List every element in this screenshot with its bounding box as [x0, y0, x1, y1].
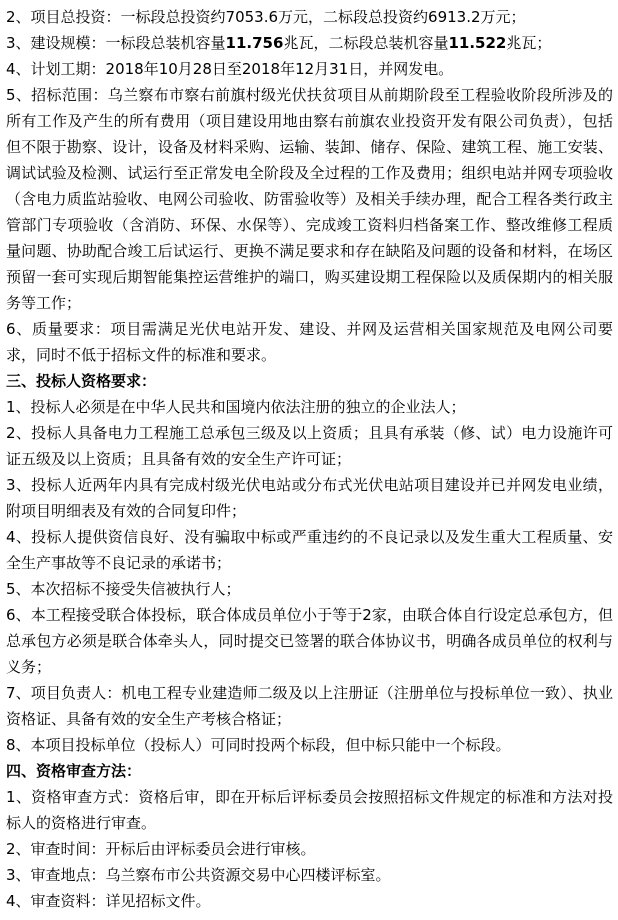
text-segment: 2、投标人具备电力工程施工总承包三级及以上资质；且具有承装（修、试）电力设施许可… [6, 424, 613, 468]
numbered-item-paragraph: 4、计划工期：2018年10月28日至2018年12月31日，并网发电。 [6, 56, 613, 82]
numbered-item-paragraph: 2、项目总投资：一标段总投资约7053.6万元，二标段总投资约6913.2万元； [6, 4, 613, 30]
text-segment: 5、本次招标不接受失信被执行人； [6, 580, 241, 598]
text-segment: 1、资格审查方式：资格后审，即在开标后评标委员会按照招标文件规定的标准和方法对投… [6, 788, 613, 832]
numbered-item-paragraph: 8、本项目投标单位（投标人）可同时投两个标段，但中标只能中一个标段。 [6, 732, 613, 758]
text-segment: 8、本项目投标单位（投标人）可同时投两个标段，但中标只能中一个标段。 [6, 736, 511, 754]
numbered-item-paragraph: 4、审查资料：详见招标文件。 [6, 888, 613, 914]
text-segment: 7、项目负责人：机电工程专业建造师二级及以上注册证（注册单位与投标单位一致）、执… [6, 684, 613, 728]
numbered-item-paragraph: 6、质量要求：项目需满足光伏电站开发、建设、并网及运营相关国家规范及电网公司要求… [6, 316, 613, 368]
text-segment: 4、审查资料：详见招标文件。 [6, 892, 211, 910]
text-segment: 2、审查时间：开标后由评标委员会进行审核。 [6, 840, 316, 858]
text-segment: 3、建设规模：一标段总装机容量 [6, 34, 226, 52]
numbered-item-paragraph: 1、投标人必须是在中华人民共和国境内依法注册的独立的企业法人； [6, 394, 613, 420]
numbered-item-paragraph: 2、审查时间：开标后由评标委员会进行审核。 [6, 836, 613, 862]
numbered-item-paragraph: 7、项目负责人：机电工程专业建造师二级及以上注册证（注册单位与投标单位一致）、执… [6, 680, 613, 732]
numbered-item-paragraph: 2、投标人具备电力工程施工总承包三级及以上资质；且具有承装（修、试）电力设施许可… [6, 420, 613, 472]
text-segment: 4、计划工期：2018年10月28日至2018年12月31日，并网发电。 [6, 60, 453, 78]
numbered-item-paragraph: 4、投标人提供资信良好、没有骗取中标或严重违约的不良记录以及发生重大工程质量、安… [6, 524, 613, 576]
text-segment: 3、投标人近两年内具有完成村级光伏电站或分布式光伏电站项目建设并已并网发电业绩，… [6, 476, 613, 520]
document-body: 2、项目总投资：一标段总投资约7053.6万元，二标段总投资约6913.2万元；… [0, 0, 618, 920]
text-segment: 1、投标人必须是在中华人民共和国境内依法注册的独立的企业法人； [6, 398, 466, 416]
text-segment: 兆瓦，二标段总装机容量 [283, 34, 448, 52]
numbered-item-paragraph: 5、招标范围：乌兰察布市察右前旗村级光伏扶贫项目从前期阶段至工程验收阶段所涉及的… [6, 82, 613, 316]
text-segment: 5、招标范围：乌兰察布市察右前旗村级光伏扶贫项目从前期阶段至工程验收阶段所涉及的… [6, 86, 613, 312]
text-segment: 2、项目总投资：一标段总投资约7053.6万元，二标段总投资约6913.2万元； [6, 8, 526, 26]
numbered-item-paragraph: 5、本次招标不接受失信被执行人； [6, 576, 613, 602]
section-heading: 三、投标人资格要求： [6, 368, 613, 394]
text-segment: 四、资格审查方法： [6, 762, 141, 780]
text-segment: 6、质量要求：项目需满足光伏电站开发、建设、并网及运营相关国家规范及电网公司要求… [6, 320, 613, 364]
text-segment: 4、投标人提供资信良好、没有骗取中标或严重违约的不良记录以及发生重大工程质量、安… [6, 528, 613, 572]
numbered-item-paragraph: 3、投标人近两年内具有完成村级光伏电站或分布式光伏电站项目建设并已并网发电业绩，… [6, 472, 613, 524]
numbered-item-paragraph: 3、审查地点：乌兰察布市公共资源交易中心四楼评标室。 [6, 862, 613, 888]
text-segment: 兆瓦； [506, 34, 551, 52]
numbered-item-paragraph: 3、建设规模：一标段总装机容量11.756兆瓦，二标段总装机容量11.522兆瓦… [6, 30, 613, 56]
text-segment: 11.522 [448, 34, 506, 52]
text-segment: 3、审查地点：乌兰察布市公共资源交易中心四楼评标室。 [6, 866, 391, 884]
text-segment: 三、投标人资格要求： [6, 372, 156, 390]
text-segment: 11.756 [226, 34, 284, 52]
text-segment: 6、本工程接受联合体投标，联合体成员单位小于等于2家，由联合体自行设定总承包方，… [6, 606, 613, 676]
numbered-item-paragraph: 6、本工程接受联合体投标，联合体成员单位小于等于2家，由联合体自行设定总承包方，… [6, 602, 613, 680]
numbered-item-paragraph: 1、资格审查方式：资格后审，即在开标后评标委员会按照招标文件规定的标准和方法对投… [6, 784, 613, 836]
section-heading: 四、资格审查方法： [6, 758, 613, 784]
